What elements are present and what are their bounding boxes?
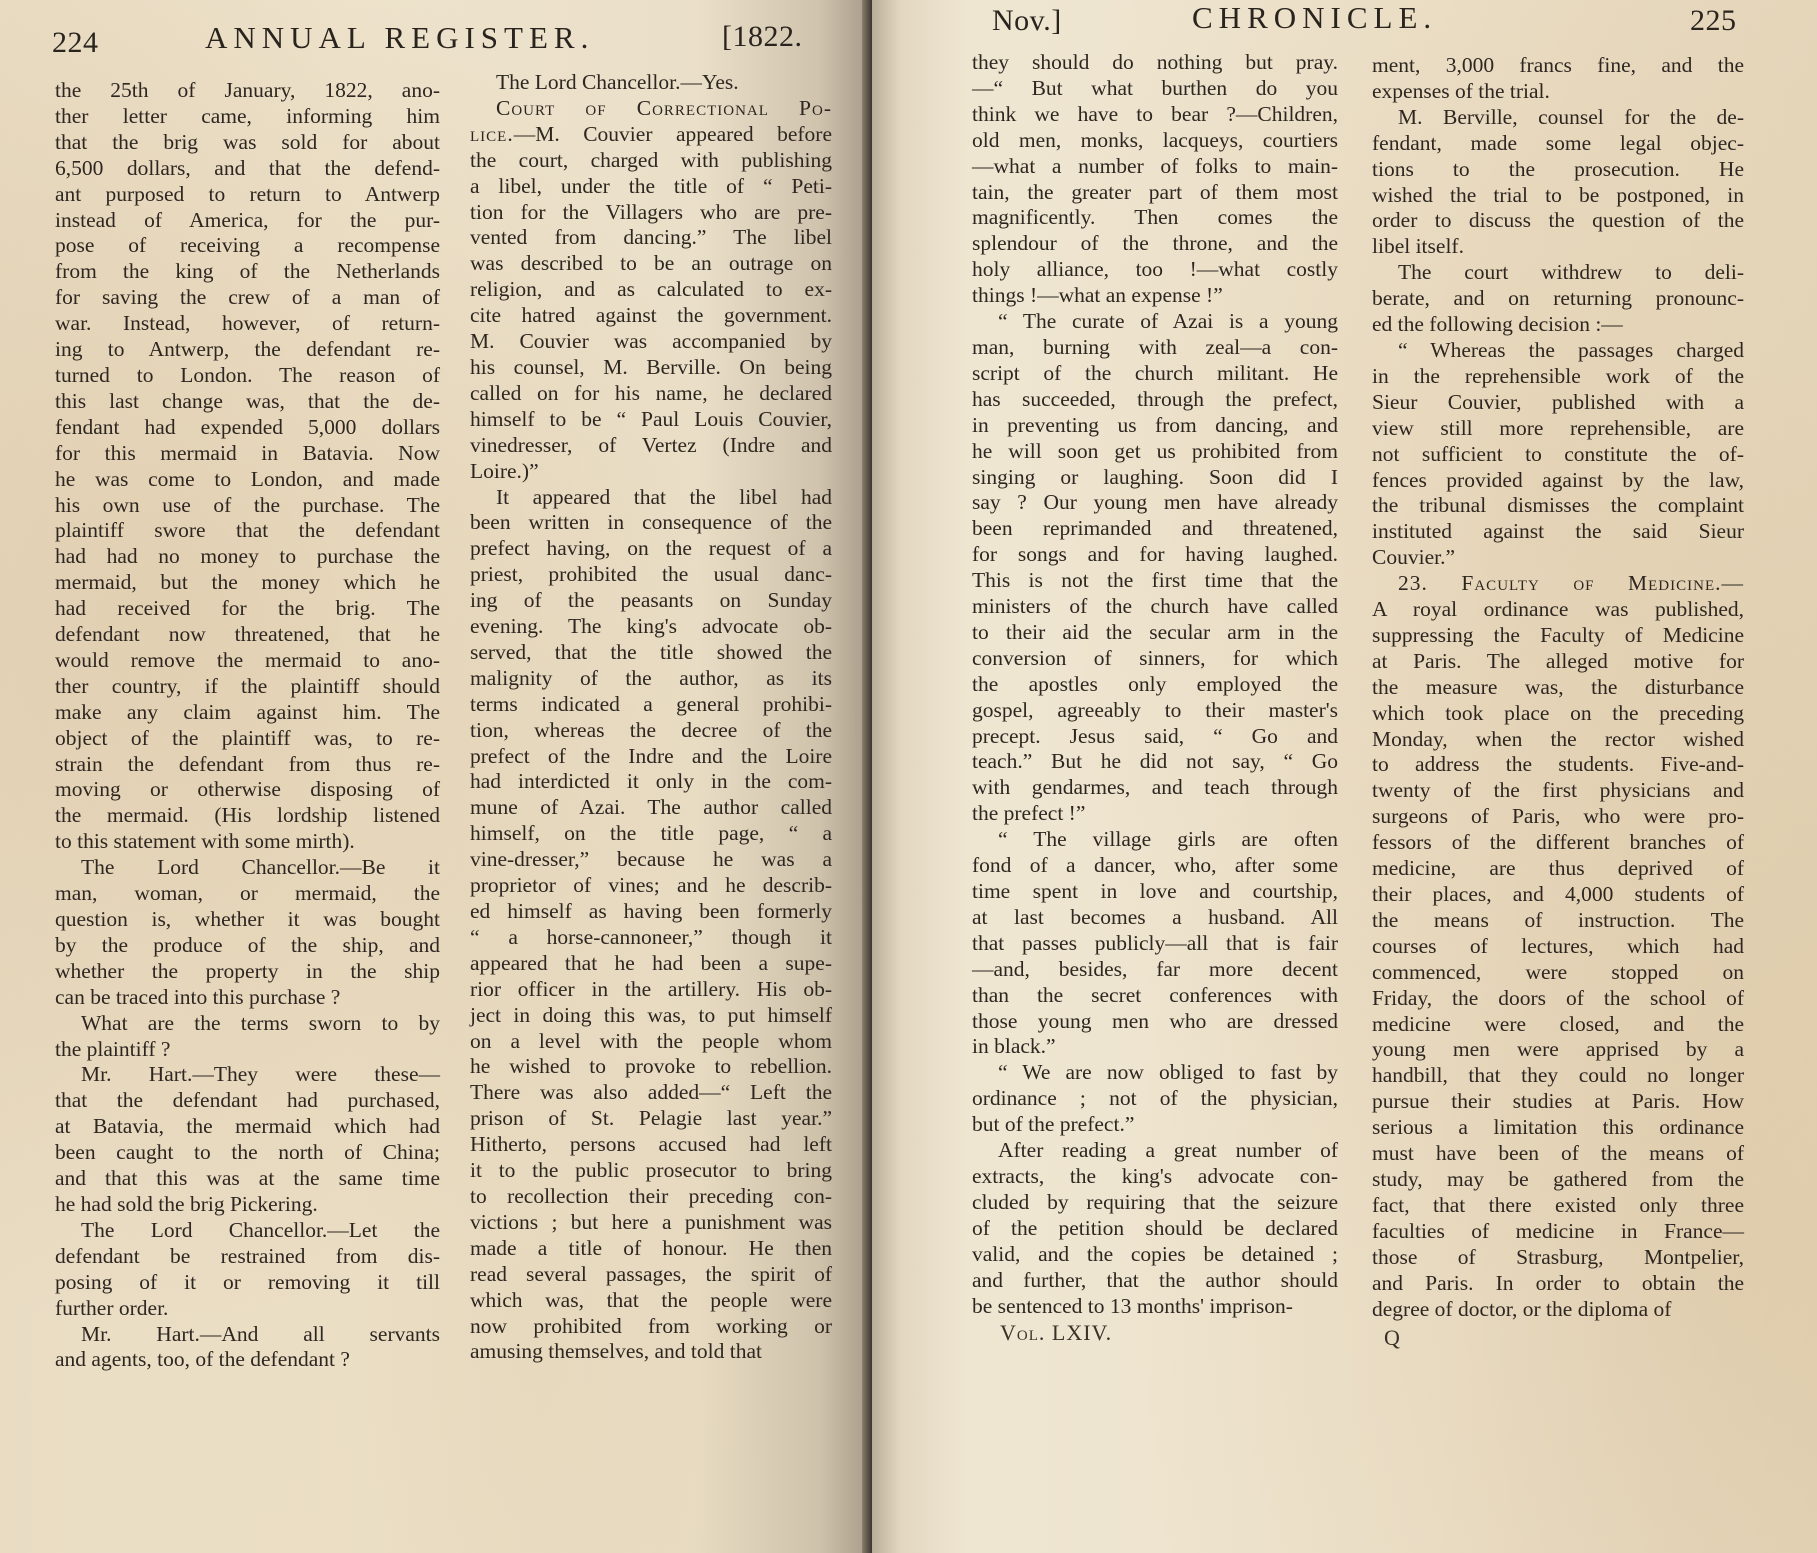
text-line: tain, the greater part of them most <box>972 180 1338 206</box>
right-page-number: 225 <box>1690 4 1737 38</box>
left-page: 224 ANNUAL REGISTER. [1822. the 25th of … <box>0 0 872 1553</box>
text-line: by the produce of the ship, and <box>55 933 440 959</box>
paragraph: The court withdrew to deli-berate, and o… <box>1372 260 1744 338</box>
text-line: to recollection their preceding con- <box>470 1184 832 1210</box>
text-line: man, burning with zeal—a con- <box>972 335 1338 361</box>
text-line: ject in doing this was, to put himself <box>470 1003 832 1029</box>
text-line: “ Whereas the passages charged <box>1372 338 1744 364</box>
text-line: It appeared that the libel had <box>470 485 832 511</box>
text-line: priest, prohibited the usual danc- <box>470 562 832 588</box>
text-line: read several passages, the spirit of <box>470 1262 832 1288</box>
text-line: at Batavia, the mermaid which had <box>55 1114 440 1140</box>
left-column-1: the 25th of January, 1822, ano-ther lett… <box>55 78 440 1373</box>
text-line: prison of St. Pelagie last year.” <box>470 1106 832 1132</box>
text-line: the apostles only employed the <box>972 672 1338 698</box>
text-line: things !—what an expense !” <box>972 283 1338 309</box>
text-line: mune of Azai. The author called <box>470 795 832 821</box>
text-line: order to discuss the question of the <box>1372 208 1744 234</box>
text-line: has succeeded, through the prefect, <box>972 387 1338 413</box>
text-line: the means of instruction. The <box>1372 908 1744 934</box>
text-line: M. Berville, counsel for the de- <box>1372 105 1744 131</box>
paragraph: “ The village girls are oftenfond of a d… <box>972 827 1338 1060</box>
text-line: A royal ordinance was published, <box>1372 597 1744 623</box>
text-line: and agents, too, of the defendant ? <box>55 1347 440 1373</box>
text-line: in the reprehensible work of the <box>1372 364 1744 390</box>
text-line: man, woman, or mermaid, the <box>55 881 440 907</box>
text-line: tion, whereas the decree of the <box>470 718 832 744</box>
text-line: ed the following decision :— <box>1372 312 1744 338</box>
text-line: of the petition should be declared <box>972 1216 1338 1242</box>
text-line: the tribunal dismisses the complaint <box>1372 493 1744 519</box>
text-line: fences provided against by the law, <box>1372 468 1744 494</box>
text-line: —what a number of folks to main- <box>972 154 1338 180</box>
text-line: himself to be “ Paul Louis Couvier, <box>470 407 832 433</box>
right-running-title: CHRONICLE. <box>1192 0 1437 36</box>
text-line: the mermaid. (His lordship listened <box>55 803 440 829</box>
text-line: magnificently. Then comes the <box>972 205 1338 231</box>
text-line: for this mermaid in Batavia. Now <box>55 441 440 467</box>
paragraph: “ Whereas the passages chargedin the rep… <box>1372 338 1744 571</box>
text-line: and that this was at the same time <box>55 1166 440 1192</box>
text-line: question is, whether it was bought <box>55 907 440 933</box>
text-line: think we have to bear ?—Children, <box>972 102 1338 128</box>
text-line: that the defendant had purchased, <box>55 1088 440 1114</box>
paragraph: What are the terms sworn to bythe plaint… <box>55 1011 440 1063</box>
text-line: evening. The king's advocate ob- <box>470 614 832 640</box>
text-line: vinedresser, of Vertez (Indre and <box>470 433 832 459</box>
text-line: had interdicted it only in the com- <box>470 769 832 795</box>
text-line: singing or laughing. Soon did I <box>972 465 1338 491</box>
text-line: pose of receiving a recompense <box>55 233 440 259</box>
text-line: tions to the prosecution. He <box>1372 157 1744 183</box>
text-line: Sieur Couvier, published with a <box>1372 390 1744 416</box>
text-line: The Lord Chancellor.—Yes. <box>470 70 832 96</box>
text-line: fendant, made some legal objec- <box>1372 131 1744 157</box>
text-line: ing to Antwerp, the defendant re- <box>55 337 440 363</box>
text-line: to their aid the secular arm in the <box>972 620 1338 646</box>
text-line: been caught to the north of China; <box>55 1140 440 1166</box>
text-line: M. Couvier was accompanied by <box>470 329 832 355</box>
text-line: religion, and as calculated to ex- <box>470 277 832 303</box>
text-line: surgeons of Paris, who were pro- <box>1372 804 1744 830</box>
text-line: commenced, were stopped on <box>1372 960 1744 986</box>
paragraph: they should do nothing but pray.—“ But w… <box>972 50 1338 309</box>
text-line: moving or otherwise disposing of <box>55 777 440 803</box>
text-line: he had sold the brig Pickering. <box>55 1192 440 1218</box>
left-running-title: ANNUAL REGISTER. <box>205 20 594 56</box>
text-line: which took place on the preceding <box>1372 701 1744 727</box>
section-heading: 23. Faculty of Medicine.— <box>1398 571 1744 595</box>
text-line: The court withdrew to deli- <box>1372 260 1744 286</box>
text-line: whether the property in the ship <box>55 959 440 985</box>
text-line: berate, and on returning pronounc- <box>1372 286 1744 312</box>
paragraph: The Lord Chancellor.—Let thedefendant be… <box>55 1218 440 1322</box>
text-line: at Paris. The alleged motive for <box>1372 649 1744 675</box>
paragraph: It appeared that the libel hadbeen writt… <box>470 485 832 1366</box>
text-line: holy alliance, too !—what costly <box>972 257 1338 283</box>
text-line: war. Instead, however, of return- <box>55 311 440 337</box>
text-line: he will soon get us prohibited from <box>972 439 1338 465</box>
text-line: which was, that the people were <box>470 1288 832 1314</box>
text-line: amusing themselves, and told that <box>470 1339 832 1365</box>
text-line: to address the students. Five-and- <box>1372 752 1744 778</box>
text-line: victions ; but here a punishment was <box>470 1210 832 1236</box>
text-line: cluded by requiring that the seizure <box>972 1190 1338 1216</box>
left-column-2: The Lord Chancellor.—Yes.Court of Correc… <box>470 70 832 1365</box>
text-line: Couvier.” <box>1372 545 1744 571</box>
text-line: say ? Our young men have already <box>972 490 1338 516</box>
text-line: vine-dresser,” because he was a <box>470 847 832 873</box>
text-line: the 25th of January, 1822, ano- <box>55 78 440 104</box>
text-line: defendant now threatened, that he <box>55 622 440 648</box>
text-line: this last change was, that the de- <box>55 389 440 415</box>
text-line: valid, and the copies be detained ; <box>972 1242 1338 1268</box>
section-heading-line: 23. Faculty of Medicine.— <box>1372 571 1744 597</box>
paragraph: ment, 3,000 francs fine, and theexpenses… <box>1372 53 1744 105</box>
text-line: fact, that there existed only three <box>1372 1193 1744 1219</box>
text-line: he was come to London, and made <box>55 467 440 493</box>
text-line: been written in consequence of the <box>470 510 832 536</box>
text-line: This is not the first time that the <box>972 568 1338 594</box>
text-line: was described to be an outrage on <box>470 251 832 277</box>
text-line: at last becomes a husband. All <box>972 905 1338 931</box>
text-line: ed himself as having been formerly <box>470 899 832 925</box>
text-line: be sentenced to 13 months' imprison- <box>972 1294 1338 1320</box>
text-line: courses of lectures, which had <box>1372 934 1744 960</box>
text-line: time spent in love and courtship, <box>972 879 1338 905</box>
text-line: medicine were closed, and the <box>1372 1012 1744 1038</box>
text-line: further order. <box>55 1296 440 1322</box>
section-heading: Court of Correctional Po- <box>496 96 832 120</box>
text-line: terms indicated a general prohibi- <box>470 692 832 718</box>
text-line: made a title of honour. He then <box>470 1236 832 1262</box>
text-line: rior officer in the artillery. His ob- <box>470 977 832 1003</box>
text-line: Mr. Hart.—They were these— <box>55 1062 440 1088</box>
text-line: posing of it or removing it till <box>55 1270 440 1296</box>
text-line: strain the defendant from thus re- <box>55 752 440 778</box>
text-line: cite hatred against the government. <box>470 303 832 329</box>
right-column-1: they should do nothing but pray.—“ But w… <box>972 50 1338 1319</box>
text-line: ant purposed to return to Antwerp <box>55 182 440 208</box>
text-line: had received for the brig. The <box>55 596 440 622</box>
text-line: fond of a dancer, who, after some <box>972 853 1338 879</box>
text-line: for saving the crew of a man of <box>55 285 440 311</box>
text-line: “ a horse-cannoneer,” though it <box>470 925 832 951</box>
text-line: wished the trial to be postponed, in <box>1372 183 1744 209</box>
text-line: a libel, under the title of “ Peti- <box>470 174 832 200</box>
text-line: prefect having, on the request of a <box>470 536 832 562</box>
text-line: expenses of the trial. <box>1372 79 1744 105</box>
text-line: plaintiff swore that the defendant <box>55 518 440 544</box>
text-line: ment, 3,000 francs fine, and the <box>1372 53 1744 79</box>
text-line: prefect of the Indre and the Loire <box>470 744 832 770</box>
text-line: turned to London. The reason of <box>55 363 440 389</box>
paragraph: Court of Correctional Po-lice.—M. Couvie… <box>470 96 832 485</box>
paragraph: Mr. Hart.—They were these—that the defen… <box>55 1062 440 1217</box>
text-line: himself, on the title page, “ a <box>470 821 832 847</box>
text-line: ordinance ; not of the physician, <box>972 1086 1338 1112</box>
text-line: mermaid, but the money which he <box>55 570 440 596</box>
text-line: the measure was, the disturbance <box>1372 675 1744 701</box>
text-line: can be traced into this purchase ? <box>55 985 440 1011</box>
text-line: that passes publicly—all that is fair <box>972 931 1338 957</box>
text-line: with gendarmes, and teach through <box>972 775 1338 801</box>
text-line: tion for the Villagers who are pre- <box>470 200 832 226</box>
text-line: —and, besides, far more decent <box>972 957 1338 983</box>
text-line: ing of the peasants on Sunday <box>470 588 832 614</box>
text-line: the plaintiff ? <box>55 1037 440 1063</box>
text-line: than the secret conferences with <box>972 983 1338 1009</box>
text-line: medicine, are thus deprived of <box>1372 856 1744 882</box>
text-line: for songs and for having laughed. <box>972 542 1338 568</box>
text-line: vented from dancing.” The libel <box>470 225 832 251</box>
text-line: proprietor of vines; and he describ- <box>470 873 832 899</box>
text-line: twenty of the first physicians and <box>1372 778 1744 804</box>
text-line: teach.” But he did not say, “ Go <box>972 749 1338 775</box>
text-line: now prohibited from working or <box>470 1314 832 1340</box>
text-line: been reprimanded and threatened, <box>972 516 1338 542</box>
text-line: old men, monks, lacqueys, courtiers <box>972 128 1338 154</box>
text-line: malignity of the author, as its <box>470 666 832 692</box>
text-line: splendour of the throne, and the <box>972 231 1338 257</box>
text-line: Hitherto, persons accused had left <box>470 1132 832 1158</box>
text-line: 6,500 dollars, and that the defend- <box>55 156 440 182</box>
text-line: those young men who are dressed <box>972 1009 1338 1035</box>
text-line: The Lord Chancellor.—Let the <box>55 1218 440 1244</box>
text-line: his counsel, M. Berville. On being <box>470 355 832 381</box>
text-line: from the king of the Netherlands <box>55 259 440 285</box>
text-line: “ The curate of Azai is a young <box>972 309 1338 335</box>
text-line: There was also added—“ Left the <box>470 1080 832 1106</box>
paragraph: The Lord Chancellor.—Yes. <box>470 70 832 96</box>
text-line: it to the public prosecutor to bring <box>470 1158 832 1184</box>
text-line: young men were apprised by a <box>1372 1037 1744 1063</box>
text-line: fendant had expended 5,000 dollars <box>55 415 440 441</box>
text-line: would remove the mermaid to ano- <box>55 648 440 674</box>
text-line: pursue their studies at Paris. How <box>1372 1089 1744 1115</box>
text-line: on a level with the people whom <box>470 1029 832 1055</box>
paragraph: Mr. Hart.—And all servantsand agents, to… <box>55 1322 440 1374</box>
text-line: serious a limitation this ordinance <box>1372 1115 1744 1141</box>
text-line: called on for his name, he declared <box>470 381 832 407</box>
text-line: the prefect !” <box>972 801 1338 827</box>
text-line: defendant be restrained from dis- <box>55 1244 440 1270</box>
text-line: handbill, that they could no longer <box>1372 1063 1744 1089</box>
text-line: make any claim against him. The <box>55 700 440 726</box>
text-line: ther letter came, informing him <box>55 104 440 130</box>
text-line: extracts, the king's advocate con- <box>972 1164 1338 1190</box>
paragraph: The Lord Chancellor.—Be itman, woman, or… <box>55 855 440 1010</box>
text-line: ministers of the church have called <box>972 594 1338 620</box>
text-line: lice.—M. Couvier appeared before <box>470 122 832 148</box>
text-line: their places, and 4,000 students of <box>1372 882 1744 908</box>
paragraph: “ The curate of Azai is a youngman, burn… <box>972 309 1338 827</box>
text-line: gospel, agreeably to their master's <box>972 698 1338 724</box>
text-line: the court, charged with publishing <box>470 148 832 174</box>
text-line: object of the plaintiff was, to re- <box>55 726 440 752</box>
right-month-bracket: Nov.] <box>992 4 1062 38</box>
text-line: that the brig was sold for about <box>55 130 440 156</box>
paragraph: 23. Faculty of Medicine.—A royal ordinan… <box>1372 571 1744 1322</box>
volume-signature: Vol. LXIV. <box>1000 1320 1112 1346</box>
text-line: and Paris. In order to obtain the <box>1372 1271 1744 1297</box>
right-column-2: ment, 3,000 francs fine, and theexpenses… <box>1372 53 1744 1322</box>
text-line: instead of America, for the pur- <box>55 208 440 234</box>
text-line: conversion of sinners, for which <box>972 646 1338 672</box>
paragraph: M. Berville, counsel for the de-fendant,… <box>1372 105 1744 260</box>
text-line: instituted against the said Sieur <box>1372 519 1744 545</box>
left-year-bracket: [1822. <box>722 20 803 54</box>
text-line: Loire.)” <box>470 459 832 485</box>
text-line: The Lord Chancellor.—Be it <box>55 855 440 881</box>
paragraph: After reading a great number ofextracts,… <box>972 1138 1338 1319</box>
gathering-signature: Q <box>1384 1325 1400 1351</box>
text-line: in black.” <box>972 1034 1338 1060</box>
text-line: —“ But what burthen do you <box>972 76 1338 102</box>
text-line: Monday, when the rector wished <box>1372 727 1744 753</box>
text-line: Friday, the doors of the school of <box>1372 986 1744 1012</box>
text-line: precept. Jesus said, “ Go and <box>972 724 1338 750</box>
paragraph: “ We are now obliged to fast byordinance… <box>972 1060 1338 1138</box>
text-line: served, that the title showed the <box>470 640 832 666</box>
text-line: “ The village girls are often <box>972 827 1338 853</box>
text-line: ther country, if the plaintiff should <box>55 674 440 700</box>
text-line: appeared that he had been a supe- <box>470 951 832 977</box>
text-line: libel itself. <box>1372 234 1744 260</box>
text-line: they should do nothing but pray. <box>972 50 1338 76</box>
text-line: he wished to provoke to rebellion. <box>470 1054 832 1080</box>
text-line: had had no money to purchase the <box>55 544 440 570</box>
text-line: must have been of the means of <box>1372 1141 1744 1167</box>
text-line: faculties of medicine in France— <box>1372 1219 1744 1245</box>
text-line: not sufficient to constitute the of- <box>1372 442 1744 468</box>
text-line: degree of doctor, or the diploma of <box>1372 1297 1744 1323</box>
text-line: and further, that the author should <box>972 1268 1338 1294</box>
text-line: in preventing us from dancing, and <box>972 413 1338 439</box>
text-line: script of the church militant. He <box>972 361 1338 387</box>
text-line: Mr. Hart.—And all servants <box>55 1322 440 1348</box>
text-line: his own use of the purchase. The <box>55 493 440 519</box>
text-line: those of Strasburg, Montpelier, <box>1372 1245 1744 1271</box>
text-line: fessors of the different branches of <box>1372 830 1744 856</box>
text-line: view still more reprehensible, are <box>1372 416 1744 442</box>
text-line: “ We are now obliged to fast by <box>972 1060 1338 1086</box>
text-line: What are the terms sworn to by <box>55 1011 440 1037</box>
left-page-number: 224 <box>52 26 99 60</box>
section-heading-line: Court of Correctional Po- <box>470 96 832 122</box>
text-line: After reading a great number of <box>972 1138 1338 1164</box>
text-line: but of the prefect.” <box>972 1112 1338 1138</box>
text-line: study, may be gathered from the <box>1372 1167 1744 1193</box>
text-line: suppressing the Faculty of Medicine <box>1372 623 1744 649</box>
text-line: to this statement with some mirth). <box>55 829 440 855</box>
paragraph: the 25th of January, 1822, ano-ther lett… <box>55 78 440 855</box>
right-page: Nov.] CHRONICLE. 225 they should do noth… <box>872 0 1817 1553</box>
